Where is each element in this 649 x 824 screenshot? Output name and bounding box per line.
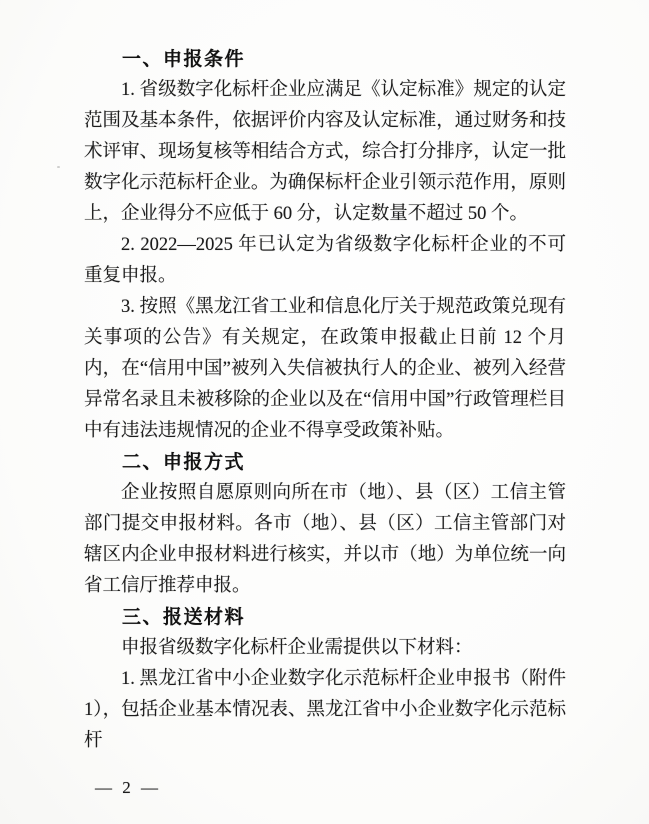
page-number: — 2 — <box>84 772 566 803</box>
section-heading: 三、报送材料 <box>84 602 566 633</box>
paragraph: 3. 按照《黑龙江省工业和信息化厅关于规范政策兑现有关事项的公告》有关规定，在政… <box>84 292 566 447</box>
paragraph: 申报省级数字化标杆企业需提供以下材料： <box>84 633 566 664</box>
paragraph: 2. 2022—2025 年已认定为省级数字化标杆企业的不可重复申报。 <box>84 230 566 292</box>
document-body: 一、申报条件 1. 省级数字化标杆企业应满足《认定标准》规定的认定范围及基本条件… <box>84 44 566 803</box>
paragraph: 企业按照自愿原则向所在市（地）、县（区）工信主管部门提交申报材料。各市（地）、县… <box>84 478 566 602</box>
scan-speck <box>57 166 60 168</box>
document-page: 一、申报条件 1. 省级数字化标杆企业应满足《认定标准》规定的认定范围及基本条件… <box>0 0 649 824</box>
section-heading: 一、申报条件 <box>84 44 566 75</box>
section-submission-materials: 三、报送材料 申报省级数字化标杆企业需提供以下材料： 1. 黑龙江省中小企业数字… <box>84 602 566 757</box>
section-application-conditions: 一、申报条件 1. 省级数字化标杆企业应满足《认定标准》规定的认定范围及基本条件… <box>84 44 566 447</box>
section-application-method: 二、申报方式 企业按照自愿原则向所在市（地）、县（区）工信主管部门提交申报材料。… <box>84 447 566 602</box>
section-heading: 二、申报方式 <box>84 447 566 478</box>
paragraph: 1. 省级数字化标杆企业应满足《认定标准》规定的认定范围及基本条件，依据评价内容… <box>84 75 566 230</box>
paragraph: 1. 黑龙江省中小企业数字化示范标杆企业申报书（附件1），包括企业基本情况表、黑… <box>84 664 566 757</box>
